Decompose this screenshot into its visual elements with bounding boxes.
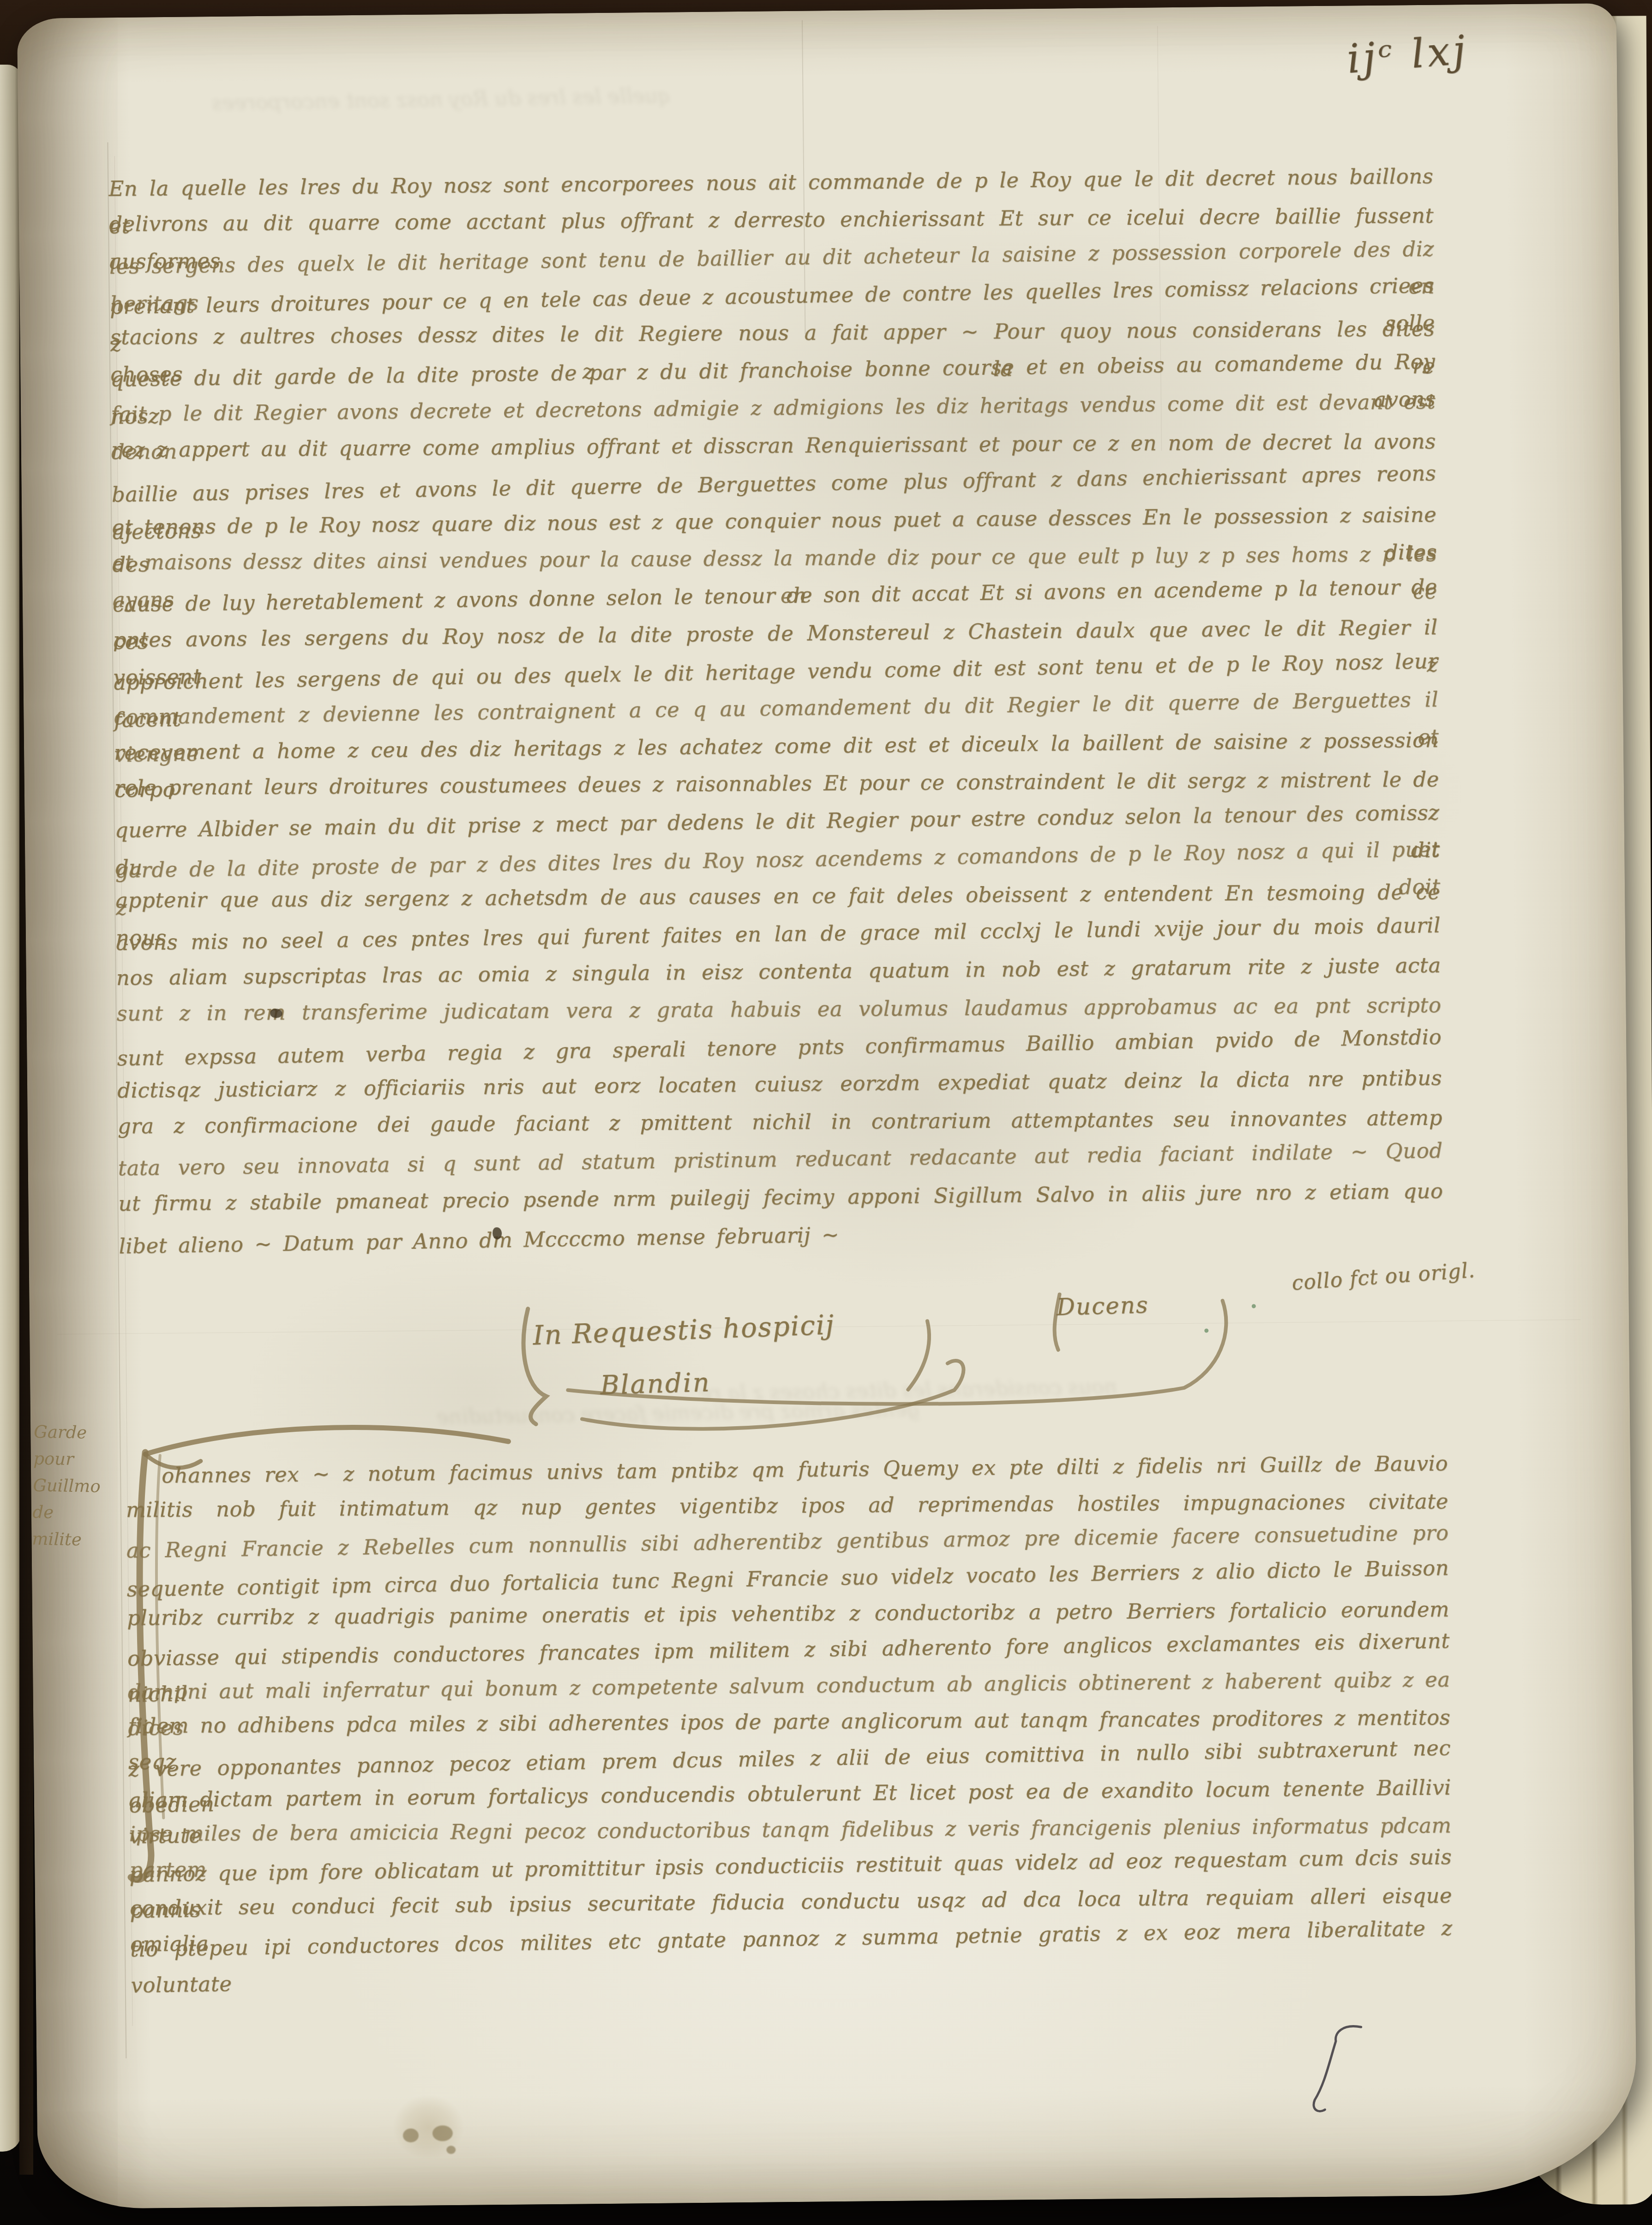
clerk-signature: Blandin xyxy=(600,1368,711,1400)
ink-blot xyxy=(270,1009,282,1018)
collation-note: collo fct ou origl. xyxy=(1291,1259,1476,1295)
show-through-text: quelle les lres du Roy nosz sont encorpo… xyxy=(211,80,671,120)
ink-blot xyxy=(493,1227,502,1239)
manuscript-photo: { "document": { "folio_number": "ijᶜ lxj… xyxy=(0,0,1652,2225)
registration-note: In Requestis hospicij xyxy=(532,1309,835,1351)
manuscript-page: quelle les lres du Roy nosz sont encorpo… xyxy=(17,3,1637,2209)
stain-spot xyxy=(446,2146,456,2154)
text-block-decree: En la quelle les lres du Roy nosz sont e… xyxy=(108,157,1444,1260)
facing-page-edge xyxy=(0,65,21,2152)
show-through-text: gentes armoz pre dicemie facere consuetu… xyxy=(436,1393,920,1434)
text-block-latin-letter: ohannes rex ~ z notum facimus univs tam … xyxy=(126,1445,1453,1962)
margin-note-line: milite xyxy=(32,1526,120,1554)
margin-note-line: Guillmo de xyxy=(32,1472,121,1527)
folio-number: ijᶜ lxj xyxy=(1346,24,1551,79)
green-speck xyxy=(1204,1328,1208,1333)
margin-note-line: Garde pour xyxy=(33,1418,122,1473)
office-note: Ducens xyxy=(1056,1291,1149,1321)
margin-note: Garde pourGuillmo demilite xyxy=(32,1418,122,1554)
green-speck xyxy=(1252,1304,1256,1308)
ink-squiggle-mark xyxy=(1292,2018,1413,2139)
stain-spot xyxy=(403,2129,419,2142)
